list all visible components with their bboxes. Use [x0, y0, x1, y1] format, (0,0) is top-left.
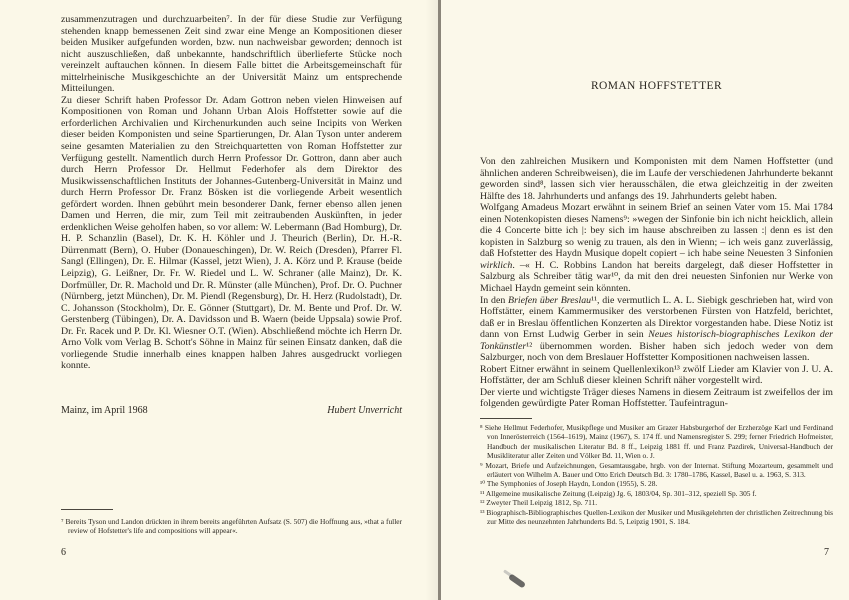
footnote-13: ¹³ Biographisch-Bibliographisches Quelle… [480, 508, 833, 527]
text-run: Von den zahlreichen Musikern und Komponi… [480, 156, 833, 202]
left-page-body: zusammenzutragen und durchzuarbeiten⁷. I… [61, 14, 402, 372]
italic-title: wirklich [480, 260, 512, 271]
page-number-right: 7 [824, 547, 829, 558]
right-footnotes: ⁸ Siehe Hellmut Federhofer, Musikpflege … [480, 423, 833, 526]
author-name: Hubert Unverricht [327, 405, 402, 416]
place-date: Mainz, im April 1968 [61, 405, 148, 416]
footnote-7: ⁷ Bereits Tyson und Landon drückten in i… [61, 517, 402, 536]
italic-title: Briefen über Breslau [508, 295, 591, 306]
right-paragraph-2: Wolfgang Amadeus Mozart erwähnt in seine… [480, 202, 833, 294]
right-paragraph-1: Von den zahlreichen Musikern und Komponi… [480, 156, 833, 202]
chapter-heading: ROMAN HOFFSTETTER [480, 80, 833, 92]
book-spine [438, 0, 441, 600]
text-run: . –« H. C. Robbins Landon hat bereits da… [480, 260, 833, 294]
text-run: Robert Eitner erwähnt in seinem Quellenl… [480, 364, 833, 387]
right-paragraph-4: Robert Eitner erwähnt in seinem Quellenl… [480, 364, 833, 387]
footnote-9: ⁹ Mozart, Briefe und Aufzeichnungen, Ges… [480, 461, 833, 480]
text-run: Wolfgang Amadeus Mozart erwähnt in seine… [480, 202, 833, 259]
footnote-10: ¹⁰ The Symphonies of Joseph Haydn, Londo… [480, 479, 833, 488]
footnote-12: ¹² Zweyter Theil Leipzig 1812, Sp. 711. [480, 498, 833, 507]
right-paragraph-5: Der vierte und wichtigste Träger dieses … [480, 387, 833, 410]
left-paragraph-2: Zu dieser Schrift haben Professor Dr. Ad… [61, 95, 402, 372]
text-run: In den [480, 295, 508, 306]
text-run: ¹² übernommen worden. Bisher haben sich … [480, 341, 833, 364]
page-number-left: 6 [61, 547, 66, 558]
left-footnotes: ⁷ Bereits Tyson und Landon drückten in i… [61, 517, 402, 536]
left-paragraph-1: zusammenzutragen und durchzuarbeiten⁷. I… [61, 14, 402, 95]
right-footnote-rule [480, 418, 532, 419]
right-paragraph-3: In den Briefen über Breslau¹¹, die vermu… [480, 295, 833, 364]
signature-line: Mainz, im April 1968 Hubert Unverricht [61, 405, 402, 416]
spine-shadow [425, 0, 438, 600]
footnote-8: ⁸ Siehe Hellmut Federhofer, Musikpflege … [480, 423, 833, 461]
text-run: Der vierte und wichtigste Träger dieses … [480, 387, 833, 410]
footnote-11: ¹¹ Allgemeine musikalische Zeitung (Leip… [480, 489, 833, 498]
left-footnote-rule [61, 509, 113, 510]
right-page-body: Von den zahlreichen Musikern und Komponi… [480, 156, 833, 410]
